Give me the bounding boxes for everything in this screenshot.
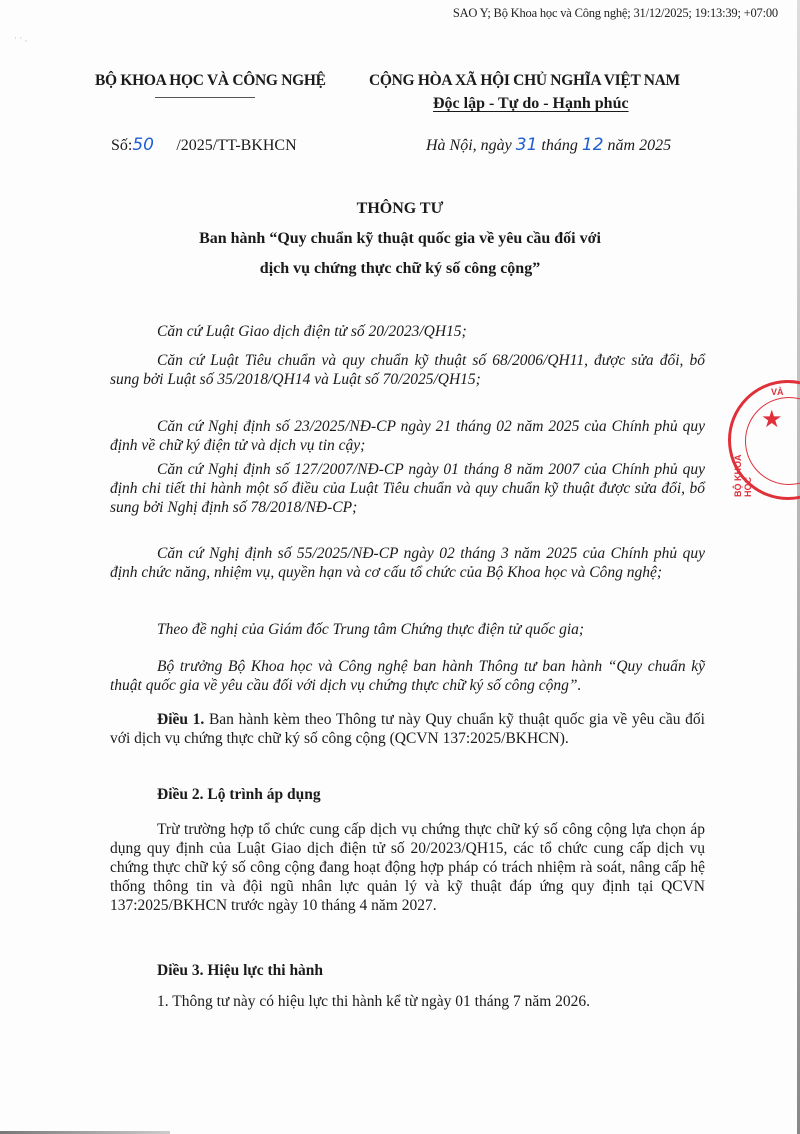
document-title-line-1: Ban hành “Quy chuẩn kỹ thuật quốc gia về… <box>0 230 800 248</box>
digital-copy-stamp: SAO Y; Bộ Khoa học và Công nghệ; 31/12/2… <box>453 6 778 21</box>
national-motto: Độc lập - Tự do - Hạnh phúc <box>433 95 629 113</box>
date-prefix: Hà Nội, ngày <box>426 137 512 154</box>
seal-text-arc: BỘ KHOA HỌC <box>733 433 753 497</box>
preamble-5: Căn cứ Nghị định số 55/2025/NĐ-CP ngày 0… <box>110 544 705 582</box>
article-2-heading: Điều 2. Lộ trình áp dụng <box>110 785 705 804</box>
article-3-text: 1. Thông tư này có hiệu lực thi hành kể … <box>110 992 705 1011</box>
document-title-line-2: dịch vụ chứng thực chữ ký số công cộng” <box>0 260 800 278</box>
document-type: THÔNG TƯ <box>0 200 800 218</box>
article-1-heading: Điều 1. <box>157 711 204 728</box>
document-number: Số:50/2025/TT-BKHCN <box>111 135 297 155</box>
issue-date: Hà Nội, ngày 31 tháng 12 năm 2025 <box>426 135 671 155</box>
agency-name: BỘ KHOA HỌC VÀ CÔNG NGHỆ <box>95 72 326 90</box>
date-day-handwritten: 31 <box>516 135 538 155</box>
preamble-7: Bộ trưởng Bộ Khoa học và Công nghệ ban h… <box>110 657 705 695</box>
agency-underline <box>155 97 255 98</box>
article-3-heading: Diều 3. Hiệu lực thi hành <box>110 961 705 980</box>
nation-name: CỘNG HÒA XÃ HỘI CHỦ NGHĨA VIỆT NAM <box>369 72 680 90</box>
date-month-handwritten: 12 <box>582 135 604 155</box>
preamble-1: Căn cứ Luật Giao dịch điện tử số 20/2023… <box>110 322 705 341</box>
seal-text-top: VÀ <box>771 387 784 397</box>
preamble-2: Căn cứ Luật Tiêu chuẩn và quy chuẩn kỹ t… <box>110 351 705 389</box>
doc-number-label: Số: <box>111 137 132 154</box>
article-2-text: Trừ trường hợp tổ chức cung cấp dịch vụ … <box>110 820 705 915</box>
seal-star-icon: ★ <box>761 405 783 434</box>
date-year: năm 2025 <box>608 137 672 154</box>
article-3-heading-block: Diều 3. Hiệu lực thi hành <box>110 961 705 980</box>
official-seal-icon: ★ VÀ BỘ KHOA HỌC <box>728 380 800 500</box>
article-2-heading-block: Điều 2. Lộ trình áp dụng <box>110 785 705 804</box>
preamble-4: Căn cứ Nghị định số 127/2007/NĐ-CP ngày … <box>110 460 705 517</box>
preamble-6: Theo đề nghị của Giám đốc Trung tâm Chứn… <box>110 620 705 639</box>
article-3-body: 1. Thông tư này có hiệu lực thi hành kể … <box>110 992 705 1011</box>
doc-number-handwritten: 50 <box>132 135 176 155</box>
date-month-label: tháng <box>541 137 577 154</box>
article-2-body: Trừ trường hợp tổ chức cung cấp dịch vụ … <box>110 820 705 915</box>
doc-number-suffix: /2025/TT-BKHCN <box>176 137 296 154</box>
scan-specks: ˙ ˙ · <box>14 36 28 46</box>
article-1: Điều 1. Ban hành kèm theo Thông tư này Q… <box>110 710 705 748</box>
preamble-3: Căn cứ Nghị định số 23/2025/NĐ-CP ngày 2… <box>110 417 705 455</box>
